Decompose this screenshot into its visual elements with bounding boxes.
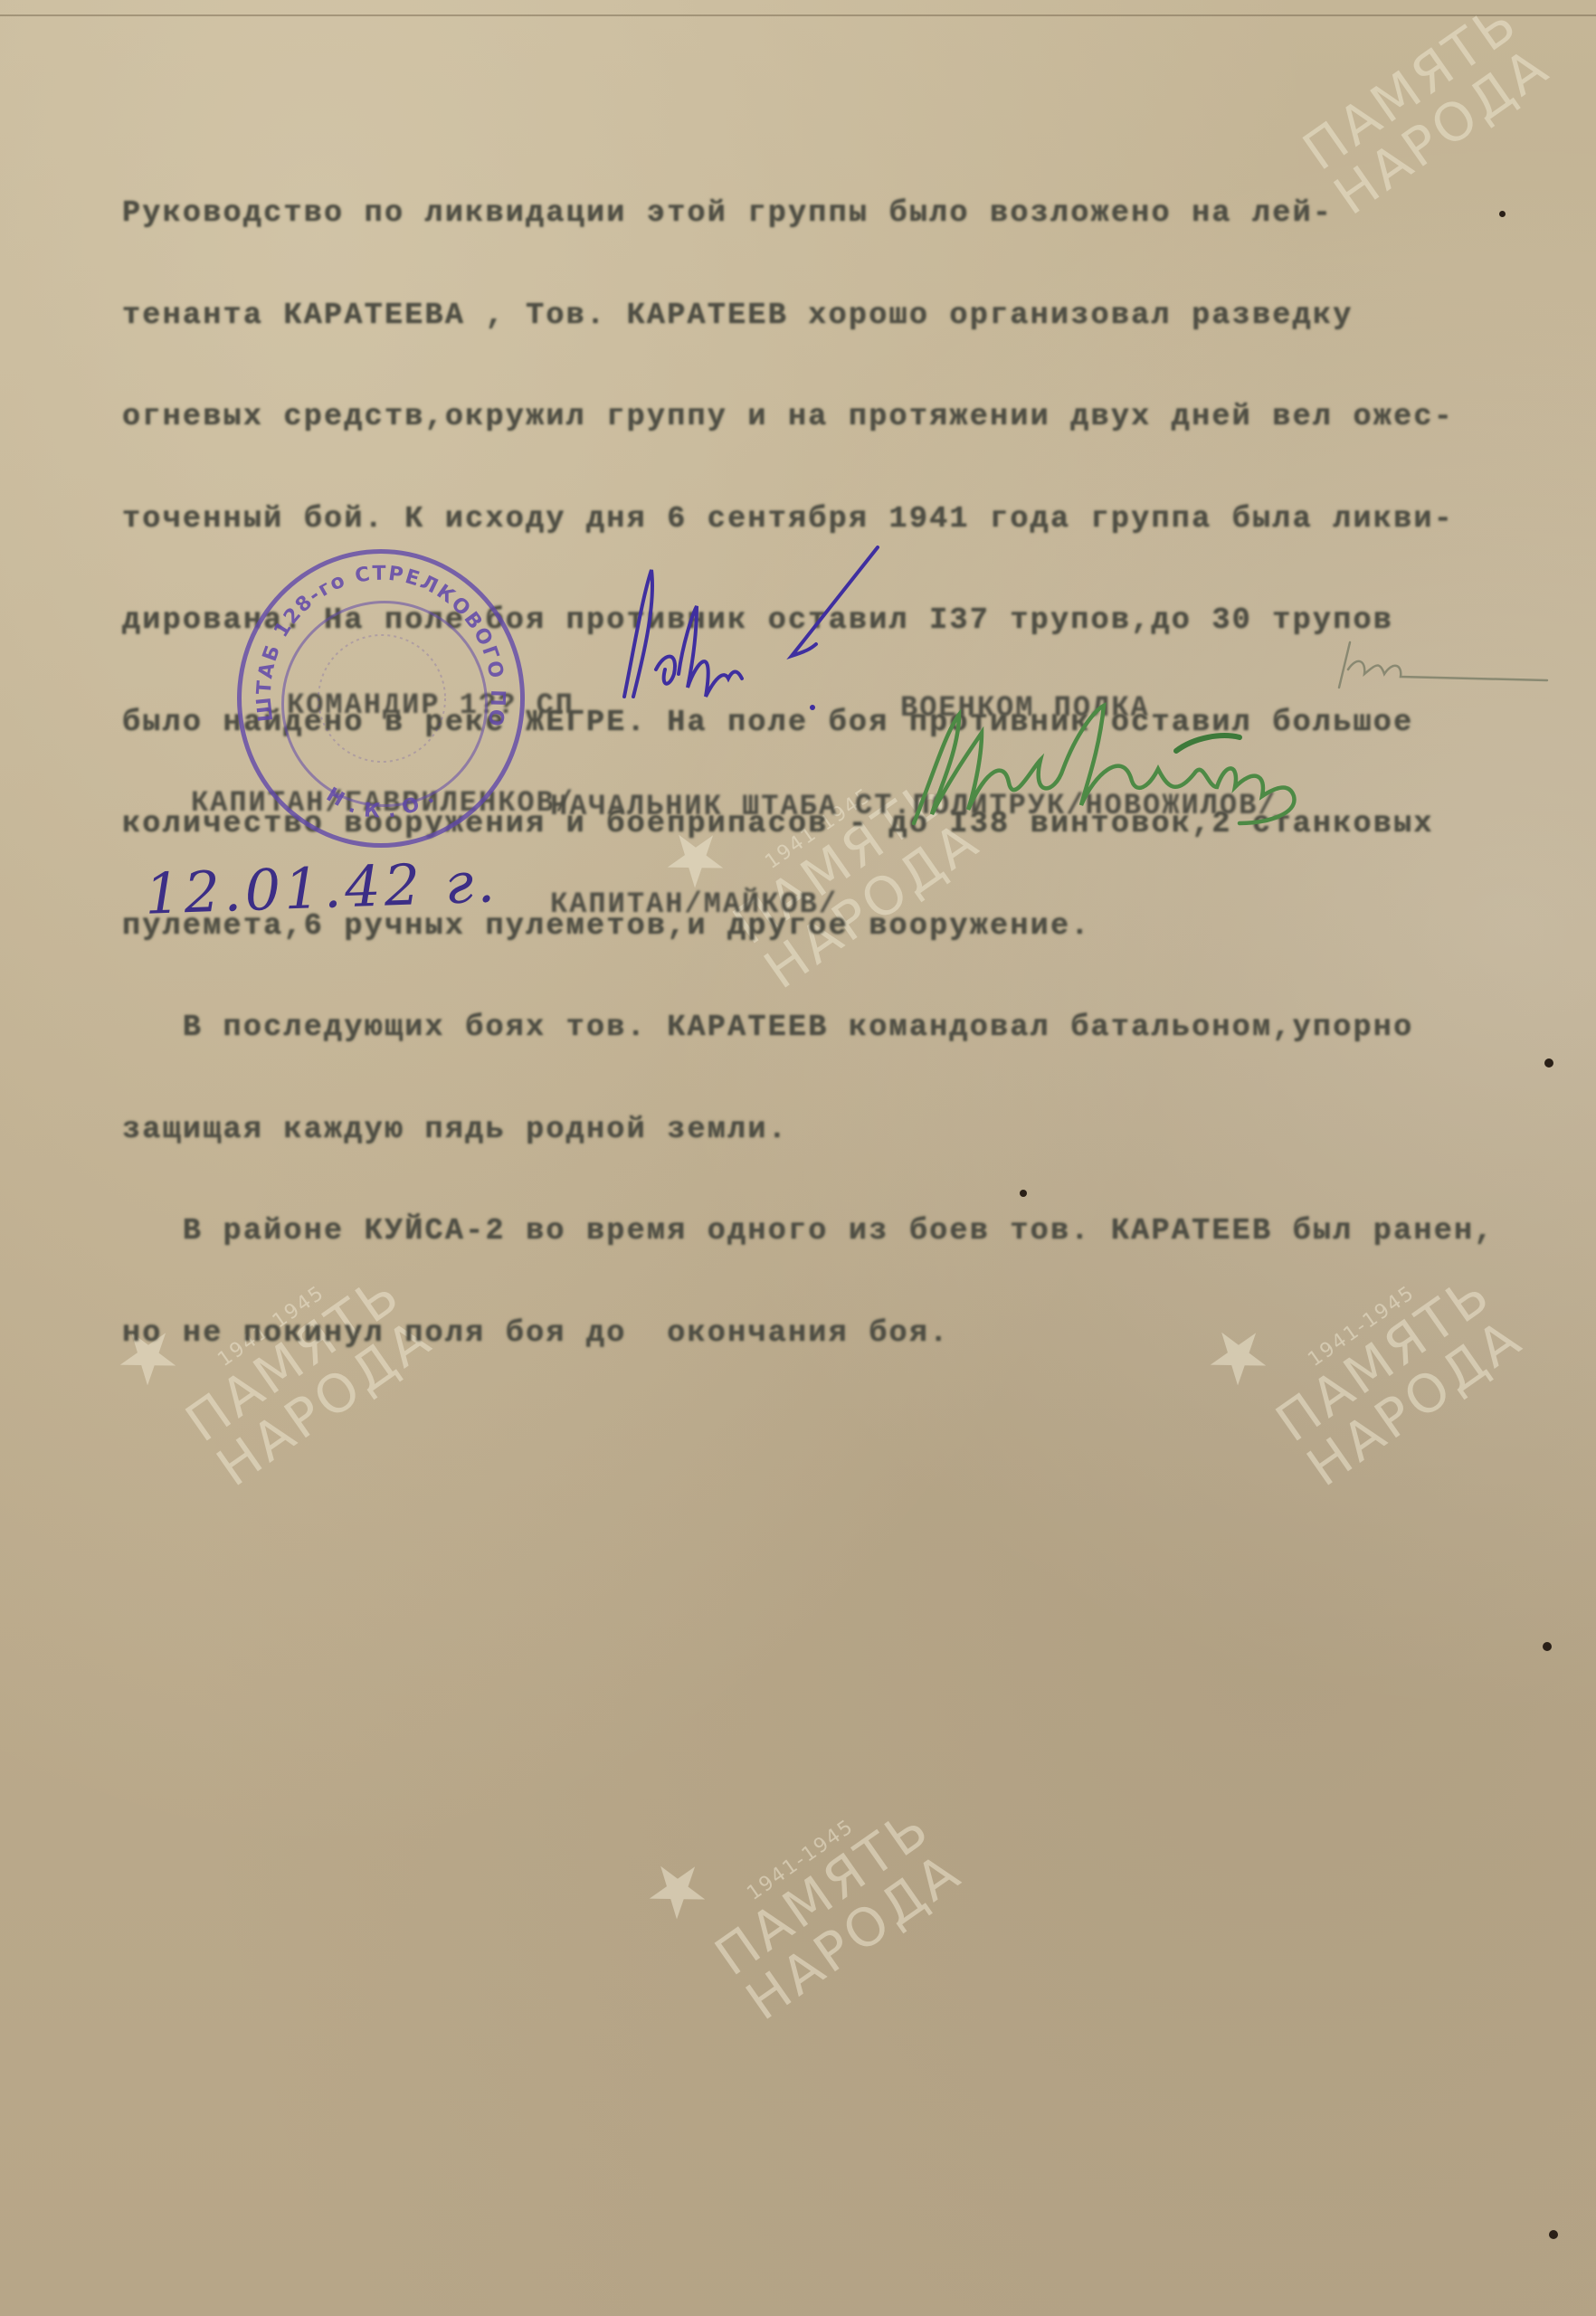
paper-speck: [1544, 1058, 1553, 1068]
stamp-text-ring: ШТАБ 128-го СТРЕЛКОВОГО ПОЛКА Н.К.О.: [237, 549, 525, 848]
regiment-stamp: ШТАБ 128-го СТРЕЛКОВОГО ПОЛКА Н.К.О.: [237, 549, 525, 848]
paper-speck: [1499, 211, 1506, 217]
body-line: В последующих боях тов. КАРАТЕЕВ командо…: [122, 1011, 1596, 1046]
body-line: защищая каждую пядь родной земли.: [122, 1114, 1596, 1148]
chief-of-staff-handwritten-signature: [896, 697, 1402, 832]
chief-of-staff-rank-name: КАПИТАН/МАЙКОВ/: [550, 888, 838, 921]
paper-speck: [1549, 2230, 1558, 2239]
body-line: тенанта КАРАТЕЕВА , Тов. КАРАТЕЕВ хорошо…: [122, 299, 1596, 334]
paper-fold-line: [0, 14, 1596, 16]
chief-of-staff-title: НАЧАЛЬНИК ШТАБА: [550, 791, 838, 823]
handwritten-date: 12.01.42 г.: [144, 849, 499, 927]
paper-speck: [1020, 1190, 1027, 1197]
svg-text:Н.К.О.: Н.К.О.: [322, 781, 445, 823]
svg-text:ШТАБ 128-го СТРЕЛКОВОГО ПОЛКА: ШТАБ 128-го СТРЕЛКОВОГО ПОЛКА: [237, 549, 508, 729]
body-line: Руководство по ликвидации этой группы бы…: [122, 197, 1596, 232]
commissar-handwritten-initials: [1330, 624, 1565, 697]
commander-handwritten-signature: [579, 543, 905, 778]
body-line: огневых средств,окружил группу и на прот…: [122, 401, 1596, 435]
paper-speck: [1543, 1642, 1552, 1651]
body-line: В районе КУЙСА-2 во время одного из боев…: [122, 1215, 1596, 1249]
body-line: но не покинул поля боя до окончания боя.: [122, 1317, 1596, 1352]
body-line: точенный бой. К исходу дня 6 сентября 19…: [122, 503, 1596, 537]
